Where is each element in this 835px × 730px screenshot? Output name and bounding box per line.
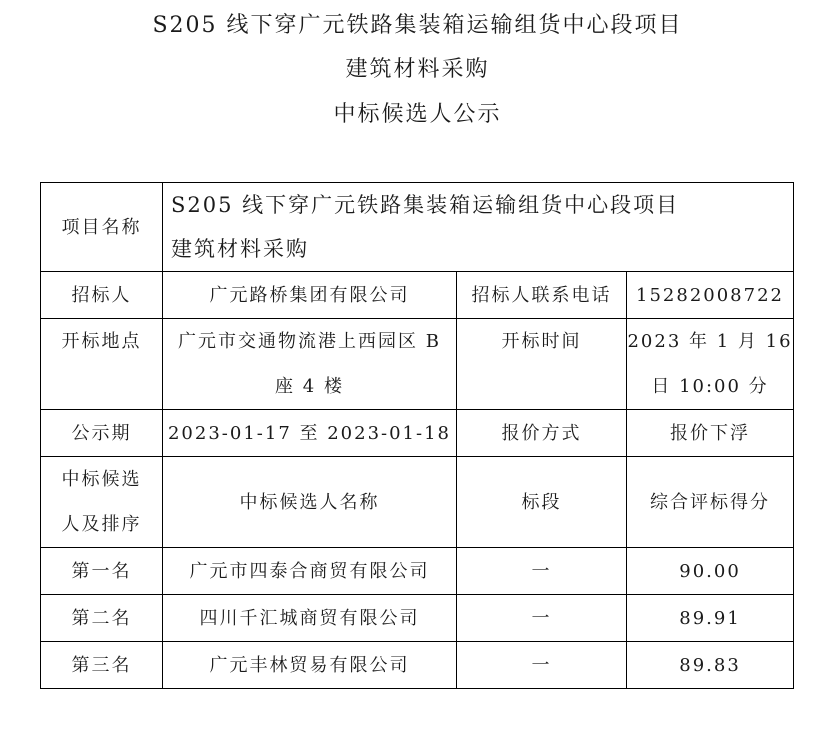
candidate-score: 90.00 xyxy=(627,548,794,595)
tenderer-phone-value: 15282008722 xyxy=(627,272,794,319)
title-line-notice: 中标候选人公示 xyxy=(0,97,835,128)
candidate-section: 一 xyxy=(457,595,627,642)
candidate-section: 一 xyxy=(457,548,627,595)
project-name-line-1: S205 线下穿广元铁路集装箱运输组货中心段项目 xyxy=(171,183,793,227)
candidate-notice-table: 项目名称 S205 线下穿广元铁路集装箱运输组货中心段项目 建筑材料采购 招标人… xyxy=(40,182,794,689)
candidate-row-3: 第三名 广元丰林贸易有限公司 一 89.83 xyxy=(41,642,794,689)
candidate-name: 广元市四泰合商贸有限公司 xyxy=(163,548,457,595)
rank-header-line-2: 人及排序 xyxy=(41,502,162,547)
project-name-label: 项目名称 xyxy=(41,183,163,272)
bid-time-label: 开标时间 xyxy=(457,319,627,410)
tenderer-phone-label: 招标人联系电话 xyxy=(457,272,627,319)
quote-method-value: 报价下浮 xyxy=(627,410,794,457)
table-row-project-name: 项目名称 S205 线下穿广元铁路集装箱运输组货中心段项目 建筑材料采购 xyxy=(41,183,794,272)
candidate-score: 89.83 xyxy=(627,642,794,689)
table-row-candidates-header: 中标候选 人及排序 中标候选人名称 标段 综合评标得分 xyxy=(41,457,794,548)
title-line-project: S205 线下穿广元铁路集装箱运输组货中心段项目 xyxy=(0,8,835,39)
candidate-name: 广元丰林贸易有限公司 xyxy=(163,642,457,689)
score-header: 综合评标得分 xyxy=(627,457,794,548)
candidate-rank: 第一名 xyxy=(41,548,163,595)
candidate-name-header: 中标候选人名称 xyxy=(163,457,457,548)
rank-header-line-1: 中标候选 xyxy=(41,457,162,502)
publicity-period-value: 2023-01-17 至 2023-01-18 xyxy=(163,410,457,457)
candidate-rank: 第二名 xyxy=(41,595,163,642)
candidate-name: 四川千汇城商贸有限公司 xyxy=(163,595,457,642)
bid-time-value: 2023 年 1 月 16 日 10:00 分 xyxy=(627,319,794,410)
bid-location-label: 开标地点 xyxy=(41,319,163,410)
quote-method-label: 报价方式 xyxy=(457,410,627,457)
rank-header: 中标候选 人及排序 xyxy=(41,457,163,548)
candidate-rank: 第三名 xyxy=(41,642,163,689)
bid-time-line-1: 2023 年 1 月 16 xyxy=(627,319,793,364)
candidate-section: 一 xyxy=(457,642,627,689)
candidate-row-2: 第二名 四川千汇城商贸有限公司 一 89.91 xyxy=(41,595,794,642)
table-row-publicity: 公示期 2023-01-17 至 2023-01-18 报价方式 报价下浮 xyxy=(41,410,794,457)
project-name-line-2: 建筑材料采购 xyxy=(171,227,793,271)
publicity-period-label: 公示期 xyxy=(41,410,163,457)
candidate-row-1: 第一名 广元市四泰合商贸有限公司 一 90.00 xyxy=(41,548,794,595)
tenderer-value: 广元路桥集团有限公司 xyxy=(163,272,457,319)
bid-location-value: 广元市交通物流港上西园区 B 座 4 楼 xyxy=(163,319,457,410)
candidate-score: 89.91 xyxy=(627,595,794,642)
bid-location-line-1: 广元市交通物流港上西园区 B xyxy=(163,319,456,364)
tenderer-label: 招标人 xyxy=(41,272,163,319)
project-name-value: S205 线下穿广元铁路集装箱运输组货中心段项目 建筑材料采购 xyxy=(163,183,794,272)
section-header: 标段 xyxy=(457,457,627,548)
bid-time-line-2: 日 10:00 分 xyxy=(627,364,793,409)
table-row-bid-opening: 开标地点 广元市交通物流港上西园区 B 座 4 楼 开标时间 2023 年 1 … xyxy=(41,319,794,410)
title-line-procurement: 建筑材料采购 xyxy=(0,52,835,83)
table-row-tenderer: 招标人 广元路桥集团有限公司 招标人联系电话 15282008722 xyxy=(41,272,794,319)
bid-location-line-2: 座 4 楼 xyxy=(163,364,456,409)
